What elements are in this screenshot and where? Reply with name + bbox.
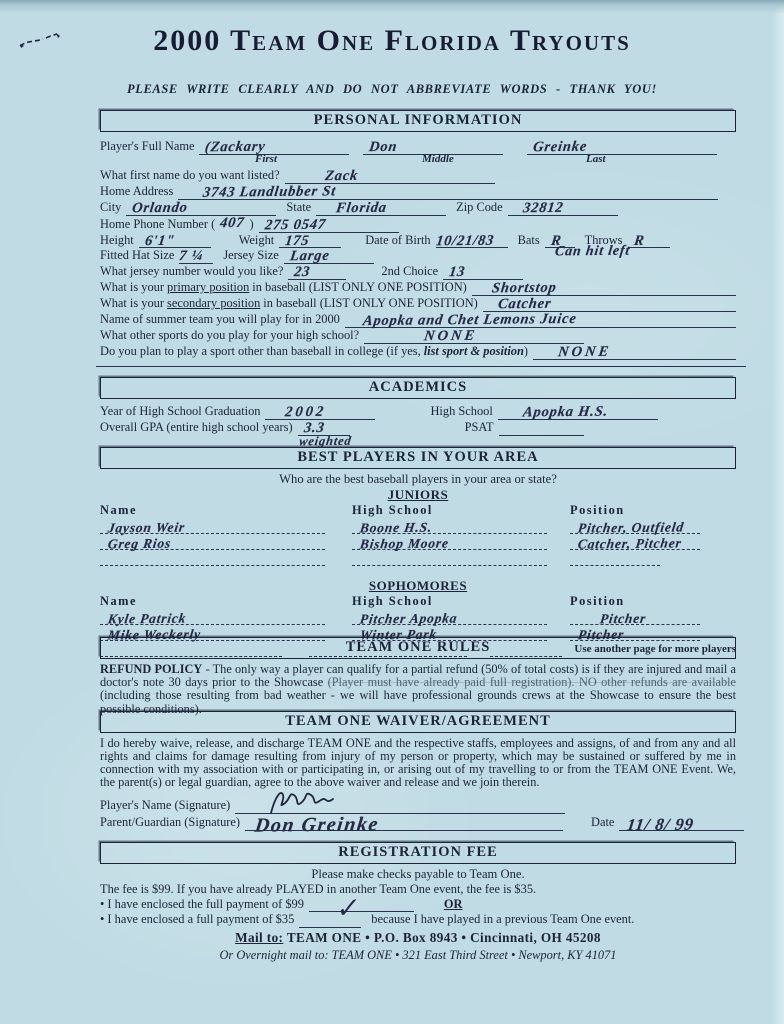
second-choice-field: 13	[443, 265, 523, 280]
refund-policy-bold: REFUND POLICY	[100, 662, 202, 676]
personal-info-header: PERSONAL INFORMATION	[100, 110, 736, 132]
graduation-value: 2002	[284, 405, 327, 421]
listed-name-label: What first name do you want listed?	[100, 168, 285, 184]
mail-to-value: TEAM ONE • P.O. Box 8943 • Cincinnati, O…	[287, 930, 601, 945]
col-hs-header: High School	[352, 594, 570, 609]
refund-text-smudged: (Player must have already paid full regi…	[328, 675, 736, 689]
player-signature-field	[235, 799, 565, 814]
best-players-header: BEST PLAYERS IN YOUR AREA	[100, 447, 736, 469]
junior-pos-field: Catcher, Pitcher	[570, 535, 700, 550]
junior-name-field: Jayson Weir	[100, 519, 325, 534]
primary-post: in baseball (LIST ONLY ONE POSITION)	[252, 280, 472, 296]
jersey-number-field: 23	[288, 265, 346, 280]
junior-name-value: Greg Rios	[107, 536, 172, 553]
sophomore-hs-field: Pitcher Apopka	[352, 610, 547, 625]
fee-amount-line: The fee is $99. If you have already PLAY…	[100, 882, 736, 897]
bats-label: Bats	[508, 233, 545, 249]
state-value: Florida	[335, 200, 388, 216]
junior-row	[100, 551, 736, 566]
checks-payable-line: Please make checks payable to Team One.	[100, 867, 736, 882]
high-school-value: Apopka H.S.	[522, 405, 609, 422]
second-choice-label: 2nd Choice	[346, 264, 443, 280]
psat-label: PSAT	[465, 420, 499, 436]
junior-pos-field	[570, 551, 660, 566]
col-name-header: Name	[100, 503, 352, 518]
phone-row: Home Phone Number ( 407 ) 275 0547	[100, 216, 736, 233]
other-sports-field: NONE	[364, 329, 584, 344]
weight-field: 175	[279, 233, 341, 248]
section-personal-information: PERSONAL INFORMATION Player's Full Name …	[100, 110, 736, 360]
secondary-underlined: secondary position	[167, 296, 263, 312]
summer-team-row: Name of summer team you will play for in…	[100, 312, 736, 328]
psat-field	[499, 421, 584, 436]
can-hit-left-note: Can hit left	[554, 244, 631, 261]
phone-value: 275 0547	[264, 217, 327, 234]
sophomores-column-headers: Name High School Position	[100, 594, 736, 609]
section-waiver: TEAM ONE WAIVER/AGREEMENT I do hereby wa…	[100, 711, 736, 831]
gpa-weighted-note: weighted	[299, 434, 352, 438]
junior-row: Greg Rios Bishop Moore Catcher, Pitcher	[100, 535, 736, 550]
junior-hs-field	[352, 551, 547, 566]
other-sports-row: What other sports do you play for your h…	[100, 328, 736, 344]
col-pos-header: Position	[570, 503, 736, 518]
secondary-post: in baseball (LIST ONLY ONE POSITION)	[263, 296, 483, 312]
fee-option-99-label: • I have enclosed the full payment of $9…	[100, 897, 309, 913]
date-value: 11/ 8/ 99	[626, 817, 695, 834]
throws-value: R	[632, 233, 645, 249]
date-field: 11/ 8/ 99	[619, 816, 744, 831]
throws-field: R	[628, 233, 670, 248]
state-field: Florida	[316, 201, 446, 216]
parent-signature-label: Parent/Guardian (Signature)	[100, 815, 245, 831]
other-sports-label: What other sports do you play for your h…	[100, 328, 364, 344]
college-sport-field: NONE	[533, 345, 736, 360]
listed-name-field: Zack	[285, 169, 495, 184]
junior-hs-field: Boone H.S.	[352, 519, 547, 534]
sophomores-label: SOPHOMORES	[100, 578, 736, 594]
jersey-number-label: What jersey number would you like?	[100, 264, 288, 280]
form-title: 2000 Team One Florida Tryouts	[0, 24, 784, 58]
waiver-paragraph: I do hereby waive, release, and discharg…	[100, 737, 736, 789]
player-signature-label: Player's Name (Signature)	[100, 798, 235, 814]
name-sublabels: First Middle Last	[100, 155, 736, 168]
college-sport-row: Do you plan to play a sport other than b…	[100, 344, 736, 360]
first-sublabel: First	[255, 153, 277, 165]
dob-label: Date of Birth	[341, 233, 435, 249]
mail-to-line: Mail to: TEAM ONE • P.O. Box 8943 • Cinc…	[100, 930, 736, 946]
phone-label-open: Home Phone Number (	[100, 217, 220, 233]
zip-label: Zip Code	[446, 200, 507, 216]
juniors-label: JUNIORS	[100, 487, 736, 503]
fee-99-field: ✓	[309, 897, 414, 912]
junior-name-field	[100, 551, 325, 566]
junior-hs-value: Boone H.S.	[359, 520, 433, 537]
sophomore-hs-value: Pitcher Apopka	[359, 610, 459, 627]
secondary-position-field: Catcher	[483, 297, 736, 312]
college-post: )	[524, 344, 533, 360]
junior-pos-value: Pitcher, Outfield	[577, 519, 685, 536]
jersey-size-label: Jersey Size	[213, 248, 283, 264]
address-row: Home Address 3743 Landlubber St	[100, 184, 736, 200]
city-value: Orlando	[131, 200, 189, 216]
primary-position-field: Shortstop	[472, 281, 736, 296]
city-field: Orlando	[126, 201, 276, 216]
fee-35-field	[299, 913, 361, 928]
player-signature-row: Player's Name (Signature)	[100, 798, 736, 814]
hat-size-label: Fitted Hat Size	[100, 248, 179, 264]
dob-value: 10/21/83	[435, 233, 495, 250]
college-pre: Do you plan to play a sport other than b…	[100, 344, 424, 360]
junior-row: Jayson Weir Boone H.S. Pitcher, Outfield	[100, 519, 736, 534]
mail-to-label: Mail to:	[235, 930, 283, 945]
weight-label: Weight	[211, 233, 279, 249]
last-name-value: Greinke	[532, 140, 588, 156]
scanned-tryout-form: 2000 Team One Florida Tryouts PLEASE WRI…	[0, 0, 784, 1024]
jersey-size-field: Large	[284, 249, 374, 264]
fee-option-35-post: because I have played in a previous Team…	[361, 912, 639, 928]
graduation-row: Year of High School Graduation 2002 High…	[100, 404, 736, 420]
height-label: Height	[100, 233, 139, 249]
summer-team-field: Apopka and Chet Lemons Juice	[345, 313, 736, 328]
last-sublabel: Last	[586, 153, 606, 165]
fee-option-35-label: • I have enclosed a full payment of $35	[100, 912, 299, 928]
secondary-position-row: What is your secondary position in baseb…	[100, 296, 736, 312]
parent-signature-row: Parent/Guardian (Signature) Don Greinke …	[100, 815, 736, 831]
hat-jersey-row: Fitted Hat Size 7 ¼ Jersey Size Large Ca…	[100, 248, 736, 264]
height-weight-row: Height 6'1" Weight 175 Date of Birth 10/…	[100, 233, 736, 249]
section-registration-fee: REGISTRATION FEE Please make checks paya…	[100, 842, 736, 963]
form-instruction: PLEASE WRITE CLEARLY AND DO NOT ABBREVIA…	[0, 82, 784, 97]
refund-policy-paragraph: REFUND POLICY - The only way a player ca…	[100, 663, 736, 716]
junior-pos-value: Catcher, Pitcher	[577, 535, 683, 552]
gpa-row: Overall GPA (entire high school years) 3…	[100, 420, 736, 436]
second-choice-value: 13	[448, 265, 466, 281]
height-field: 6'1"	[139, 233, 211, 248]
parent-signature-field: Don Greinke	[245, 816, 563, 831]
primary-pre: What is your	[100, 280, 167, 296]
academics-header: ACADEMICS	[100, 377, 736, 399]
zip-field: 32812	[508, 201, 618, 216]
address-field: 3743 Landlubber St	[178, 185, 718, 200]
phone-label-close: )	[244, 217, 258, 233]
junior-name-value: Jayson Weir	[107, 520, 186, 537]
sophomore-pos-value: Pitcher	[599, 611, 647, 627]
section-academics: ACADEMICS Year of High School Graduation…	[100, 377, 736, 436]
full-name-row: Player's Full Name (Zackary Don Greinke	[100, 139, 736, 155]
fee-header: REGISTRATION FEE	[100, 842, 736, 864]
section-team-one-rules: TEAM ONE RULES REFUND POLICY - The only …	[100, 637, 736, 716]
player-signature-scribble	[265, 787, 350, 817]
phone-area-value: 407	[219, 215, 245, 231]
overnight-mail-line: Or Overnight mail to: TEAM ONE • 321 Eas…	[100, 948, 736, 963]
middle-sublabel: Middle	[422, 153, 454, 165]
col-pos-header: Position	[570, 594, 736, 609]
rules-header: TEAM ONE RULES	[100, 637, 736, 659]
fee-option-99-row: • I have enclosed the full payment of $9…	[100, 897, 736, 913]
hat-size-value: 7 ¼	[178, 249, 204, 265]
col-hs-header: High School	[352, 503, 570, 518]
sophomore-name-field: Kyle Patrick	[100, 610, 325, 625]
junior-hs-value: Bishop Moore	[359, 536, 450, 553]
college-sport-value: NONE	[557, 345, 612, 361]
state-label: State	[276, 200, 316, 216]
address-label: Home Address	[100, 184, 178, 200]
hat-size-field: 7 ¼	[179, 249, 213, 264]
gpa-label: Overall GPA (entire high school years)	[100, 420, 298, 436]
section-divider	[96, 366, 746, 367]
parent-signature-value: Don Greinke	[254, 817, 380, 834]
zip-value: 32812	[522, 201, 564, 217]
fee-option-35-row: • I have enclosed a full payment of $35 …	[100, 912, 736, 928]
height-value: 6'1"	[144, 233, 176, 249]
graduation-field: 2002	[265, 405, 375, 420]
last-name-field: Greinke	[527, 140, 717, 155]
or-label: OR	[444, 897, 468, 913]
phone-field: 275 0547	[259, 218, 399, 233]
waiver-header: TEAM ONE WAIVER/AGREEMENT	[100, 711, 736, 733]
junior-pos-field: Pitcher, Outfield	[570, 519, 700, 534]
city-state-zip-row: City Orlando State Florida Zip Code 3281…	[100, 200, 736, 216]
high-school-field: Apopka H.S.	[498, 405, 658, 420]
dob-field: 10/21/83	[436, 233, 508, 248]
date-label: Date	[591, 815, 619, 831]
middle-name-value: Don	[368, 140, 398, 156]
jersey-number-value: 23	[293, 265, 311, 281]
secondary-pre: What is your	[100, 296, 167, 312]
sophomore-row: Kyle Patrick Pitcher Apopka Pitcher	[100, 610, 736, 625]
sophomore-pos-field: Pitcher	[570, 610, 700, 625]
best-players-question: Who are the best baseball players in you…	[100, 472, 736, 487]
primary-position-row: What is your primary position in basebal…	[100, 280, 736, 296]
high-school-label: High School	[430, 404, 497, 420]
junior-hs-field: Bishop Moore	[352, 535, 547, 550]
city-label: City	[100, 200, 126, 216]
junior-name-field: Greg Rios	[100, 535, 325, 550]
col-name-header: Name	[100, 594, 352, 609]
sophomore-name-value: Kyle Patrick	[107, 611, 187, 628]
gpa-field: 3.3 weighted	[298, 421, 350, 436]
full-name-label: Player's Full Name	[100, 139, 199, 155]
college-italic: list sport & position	[424, 344, 524, 360]
jersey-number-row: What jersey number would you like? 23 2n…	[100, 264, 736, 280]
listed-name-row: What first name do you want listed? Zack	[100, 168, 736, 184]
graduation-label: Year of High School Graduation	[100, 404, 265, 420]
primary-underlined: primary position	[167, 280, 252, 296]
section-best-players: BEST PLAYERS IN YOUR AREA Who are the be…	[100, 447, 736, 657]
other-sports-value: NONE	[423, 329, 478, 345]
juniors-column-headers: Name High School Position	[100, 503, 736, 518]
summer-team-label: Name of summer team you will play for in…	[100, 312, 345, 328]
